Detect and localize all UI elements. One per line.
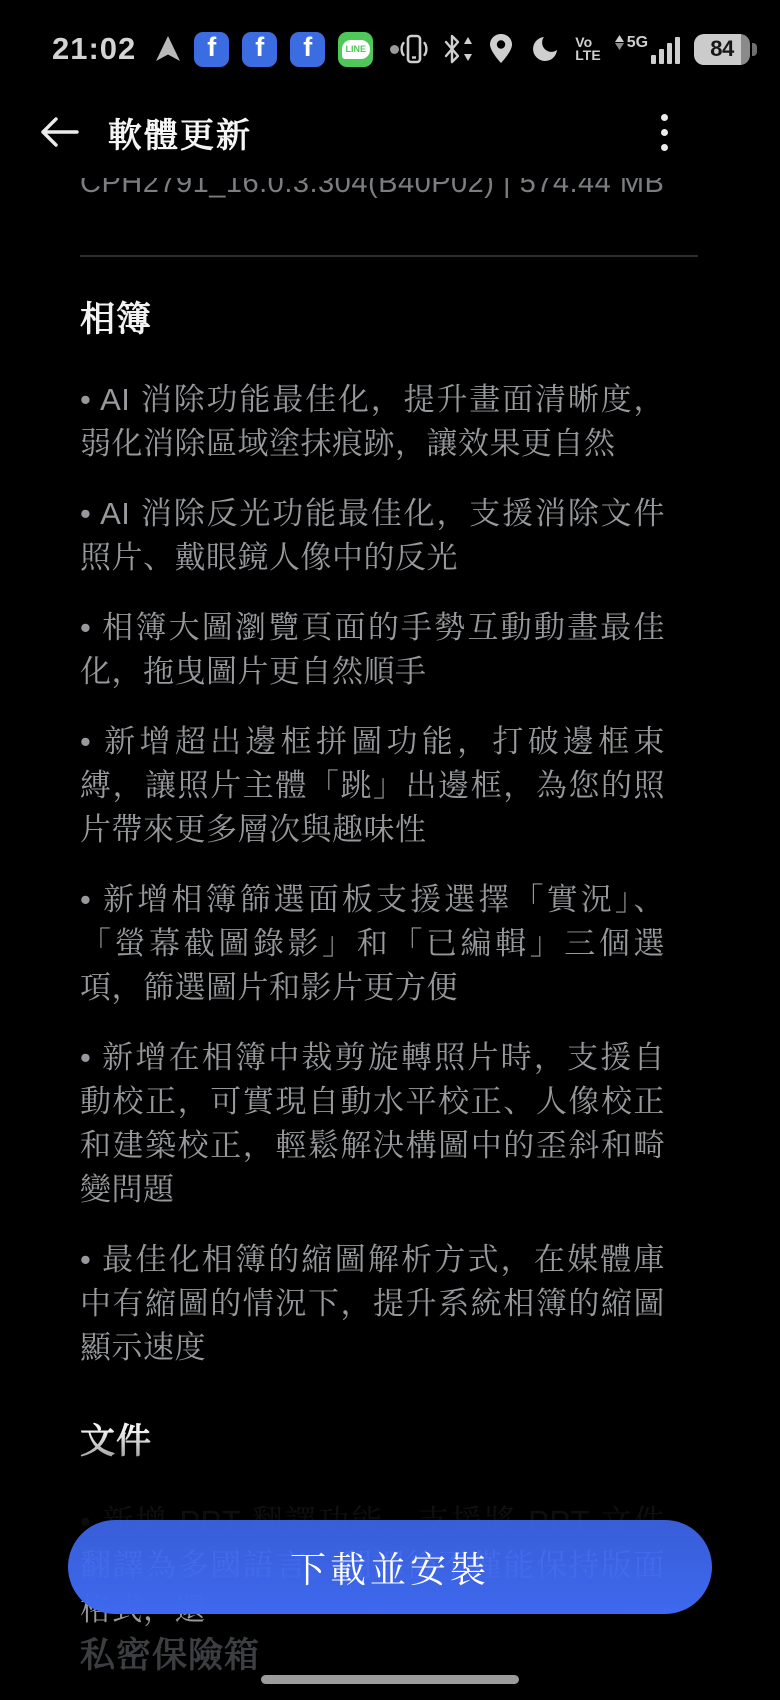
kebab-dot xyxy=(661,144,668,151)
page-title: 軟體更新 xyxy=(108,108,252,157)
app-header: 軟體更新 xyxy=(0,98,780,166)
vibrate-mode-icon xyxy=(399,33,429,65)
kebab-dot xyxy=(661,114,668,121)
changelog-bullet: • 新增超出邊框拼圖功能，打破邊框束縛，讓照片主體「跳」出邊框，為您的照片帶來更… xyxy=(80,720,665,852)
facebook-letter: f xyxy=(207,34,216,61)
battery-tip xyxy=(752,43,757,56)
signal-5g-icon: 5G xyxy=(615,35,680,64)
download-install-button[interactable]: 下載並安裝 xyxy=(68,1520,712,1614)
changelog-bullet: • 新增相簿篩選面板支援選擇「實況」、「螢幕截圖錄影」和「已編輯」三個選項，篩選… xyxy=(80,878,665,1010)
bluetooth-transfer-arrows-icon xyxy=(463,36,473,62)
battery-icon: 84 xyxy=(694,34,750,65)
home-indicator[interactable] xyxy=(261,1675,519,1684)
status-bar: 21:02 f f f LINE xyxy=(0,26,780,72)
facebook-letter: f xyxy=(303,34,312,61)
update-sections: 相簿• AI 消除功能最佳化，提升畫面清晰度，弱化消除區域塗抹痕跡，讓效果更自然… xyxy=(80,300,665,1632)
location-icon xyxy=(487,33,515,65)
status-bar-right: Vo LTE 5G 84 xyxy=(399,33,757,65)
bluetooth-icon xyxy=(443,33,473,65)
changelog-bullet: • AI 消除功能最佳化，提升畫面清晰度，弱化消除區域塗抹痕跡，讓效果更自然 xyxy=(80,378,665,466)
network-type-label: 5G xyxy=(627,35,648,51)
do-not-disturb-moon-icon xyxy=(529,33,561,65)
battery-indicator: 84 xyxy=(694,34,757,65)
line-notification-icon: LINE xyxy=(338,32,373,67)
divider xyxy=(80,255,698,257)
facebook-notification-icon: f xyxy=(290,32,325,67)
line-label: LINE xyxy=(342,40,371,59)
status-bar-left: 21:02 f f f LINE xyxy=(52,31,399,67)
back-arrow-icon xyxy=(39,115,81,149)
facebook-notification-icon: f xyxy=(242,32,277,67)
volte-bottom: LTE xyxy=(575,49,600,62)
version-text: CPH2791_16.0.3.304(B40P02) | 574.44 MB xyxy=(80,178,720,200)
data-transfer-arrows-icon xyxy=(615,35,624,50)
phone-screen: 21:02 f f f LINE xyxy=(0,0,780,1700)
volte-icon: Vo LTE xyxy=(575,36,600,62)
menu-button[interactable] xyxy=(644,106,684,158)
navigation-arrow-icon xyxy=(155,35,181,63)
changelog-bullet: • 相簿大圖瀏覽頁面的手勢互動動畫最佳化，拖曳圖片更自然順手 xyxy=(80,606,665,694)
facebook-notification-icon: f xyxy=(194,32,229,67)
section-title: 相簿 xyxy=(80,300,665,340)
changelog-bullet: • 最佳化相簿的縮圖解析方式，在媒體庫中有縮圖的情況下，提升系統相簿的縮圖顯示速… xyxy=(80,1238,665,1370)
more-notifications-dot-icon xyxy=(390,45,399,54)
battery-percent: 84 xyxy=(710,36,733,62)
changelog-bullet: • 新增在相簿中裁剪旋轉照片時，支援自動校正，可實現自動水平校正、人像校正和建築… xyxy=(80,1036,665,1212)
changelog-bullet: • AI 消除反光功能最佳化，支援消除文件照片、戴眼鏡人像中的反光 xyxy=(80,492,665,580)
facebook-letter: f xyxy=(255,34,264,61)
back-button[interactable] xyxy=(38,110,82,154)
kebab-dot xyxy=(661,129,668,136)
clock: 21:02 xyxy=(52,31,136,67)
version-info: CPH2791_16.0.3.304(B40P02) | 574.44 MB xyxy=(80,178,720,212)
signal-bars-icon xyxy=(651,36,680,64)
section-title: 文件 xyxy=(80,1422,665,1462)
section-title-private-safe: 私密保險箱 xyxy=(80,1628,260,1678)
